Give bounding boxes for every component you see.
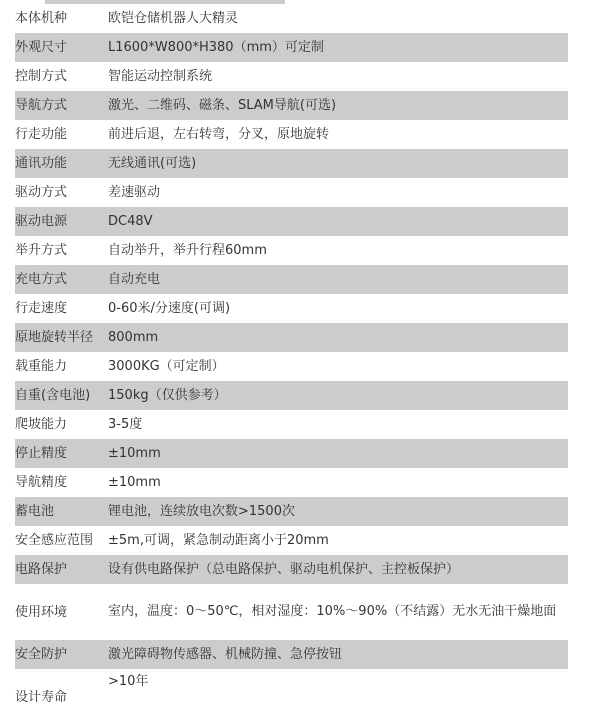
table-row: 控制方式 智能运动控制系统 (15, 62, 568, 91)
table-row: 行走速度 0-60米/分速度(可调) (15, 294, 568, 323)
table-row: 通讯功能 无线通讯(可选) (15, 149, 568, 178)
table-row: 本体机种 欧铠仓储机器人大精灵 (15, 4, 568, 33)
row-value: 前进后退，左右转弯，分叉，原地旋转 (108, 120, 568, 149)
row-label: 驱动电源 (15, 207, 108, 236)
row-value: 室内，温度：0～50℃，相对湿度：10%～90%（不结露）无水无油干燥地面 (108, 584, 568, 640)
row-label: 载重能力 (15, 352, 108, 381)
table-row: 驱动方式 差速驱动 (15, 178, 568, 207)
table-row: 行走功能 前进后退，左右转弯，分叉，原地旋转 (15, 120, 568, 149)
row-label: 导航方式 (15, 91, 108, 120)
table-row: 停止精度 ±10mm (15, 439, 568, 468)
row-value: 欧铠仓储机器人大精灵 (108, 4, 568, 33)
row-value: 智能运动控制系统 (108, 62, 568, 91)
row-value: ±10mm (108, 468, 568, 497)
table-row: 举升方式 自动举升，举升行程60mm (15, 236, 568, 265)
row-label: 充电方式 (15, 265, 108, 294)
row-value: L1600*W800*H380（mm）可定制 (108, 33, 568, 62)
row-value: 自动举升，举升行程60mm (108, 236, 568, 265)
row-label: 自重(含电池) (15, 381, 108, 410)
row-label: 蓄电池 (15, 497, 108, 526)
spec-table: 本体机种 欧铠仓储机器人大精灵 外观尺寸 L1600*W800*H380（mm）… (15, 4, 568, 716)
row-value: ±10mm (108, 439, 568, 468)
row-value: 0-60米/分速度(可调) (108, 294, 568, 323)
row-value: >10年 (108, 669, 568, 716)
row-value: 锂电池，连续放电次数>1500次 (108, 497, 568, 526)
row-label: 电路保护 (15, 555, 108, 584)
row-label: 安全感应范围 (15, 526, 108, 555)
table-row: 充电方式 自动充电 (15, 265, 568, 294)
row-value: ±5m,可调，紧急制动距离小于20mm (108, 526, 568, 555)
row-label: 本体机种 (15, 4, 108, 33)
row-label: 举升方式 (15, 236, 108, 265)
row-label: 导航精度 (15, 468, 108, 497)
table-row: 安全感应范围 ±5m,可调，紧急制动距离小于20mm (15, 526, 568, 555)
table-row: 载重能力 3000KG（可定制） (15, 352, 568, 381)
row-label: 通讯功能 (15, 149, 108, 178)
row-label: 设计寿命 (15, 669, 108, 716)
row-label: 驱动方式 (15, 178, 108, 207)
table-row: 蓄电池 锂电池，连续放电次数>1500次 (15, 497, 568, 526)
row-value: 150kg（仅供参考） (108, 381, 568, 410)
table-row: 原地旋转半径 800mm (15, 323, 568, 352)
row-label: 爬坡能力 (15, 410, 108, 439)
table-row: 导航精度 ±10mm (15, 468, 568, 497)
table-row: 爬坡能力 3-5度 (15, 410, 568, 439)
row-value: 无线通讯(可选) (108, 149, 568, 178)
row-label: 停止精度 (15, 439, 108, 468)
row-label: 行走速度 (15, 294, 108, 323)
row-value: DC48V (108, 207, 568, 236)
table-row: 设计寿命 >10年 (15, 669, 568, 716)
table-row: 外观尺寸 L1600*W800*H380（mm）可定制 (15, 33, 568, 62)
row-label: 原地旋转半径 (15, 323, 108, 352)
row-value: 800mm (108, 323, 568, 352)
row-value: 3-5度 (108, 410, 568, 439)
row-label: 外观尺寸 (15, 33, 108, 62)
row-label: 安全防护 (15, 640, 108, 669)
row-label: 控制方式 (15, 62, 108, 91)
row-value: 差速驱动 (108, 178, 568, 207)
row-value: 激光、二维码、磁条、SLAM导航(可选) (108, 91, 568, 120)
row-value: 3000KG（可定制） (108, 352, 568, 381)
table-row: 电路保护 设有供电路保护（总电路保护、驱动电机保护、主控板保护） (15, 555, 568, 584)
table-row: 安全防护 激光障碍物传感器、机械防撞、急停按钮 (15, 640, 568, 669)
table-row: 自重(含电池) 150kg（仅供参考） (15, 381, 568, 410)
table-row: 驱动电源 DC48V (15, 207, 568, 236)
table-row: 使用环境 室内，温度：0～50℃，相对湿度：10%～90%（不结露）无水无油干燥… (15, 584, 568, 640)
row-value: 激光障碍物传感器、机械防撞、急停按钮 (108, 640, 568, 669)
row-label: 使用环境 (15, 584, 108, 640)
row-value: 自动充电 (108, 265, 568, 294)
row-value: 设有供电路保护（总电路保护、驱动电机保护、主控板保护） (108, 555, 568, 584)
row-label: 行走功能 (15, 120, 108, 149)
table-row: 导航方式 激光、二维码、磁条、SLAM导航(可选) (15, 91, 568, 120)
